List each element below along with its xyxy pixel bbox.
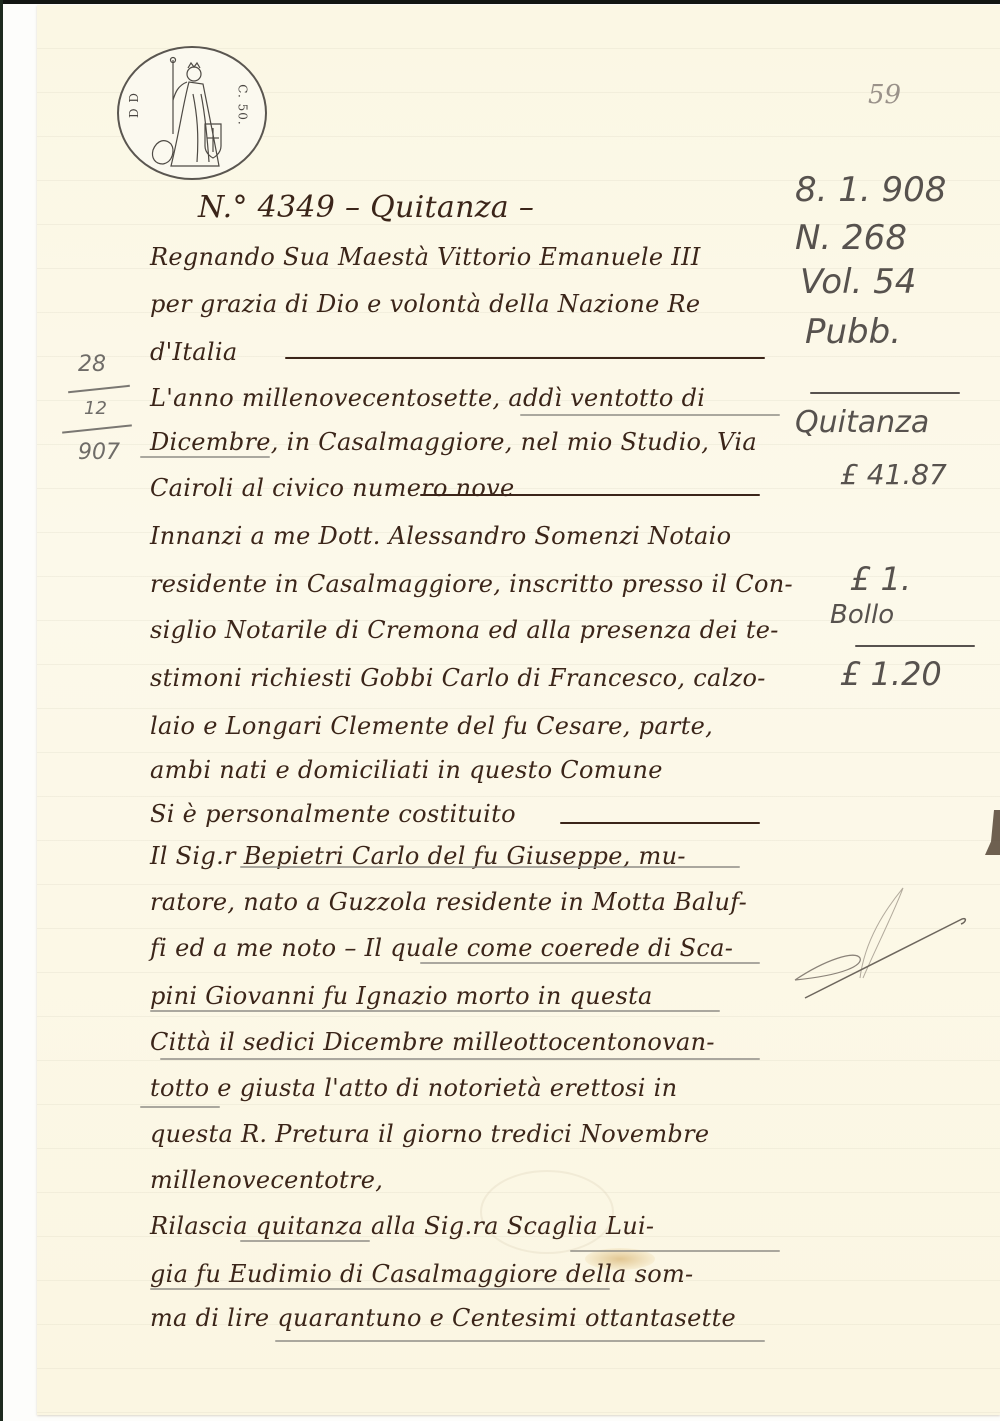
pencil-underline [520,414,780,416]
scan-border-left [0,0,3,1421]
margin-doc-type: Quitanza [795,405,929,440]
margin-publication: Pubb. [805,312,901,352]
margin-tax: £ 1. [850,560,911,598]
margin-date-year: 907 [78,440,120,465]
stamp-right-text: C. 50. [235,84,249,125]
pencil-underline [420,962,760,964]
body-line-7: Innanzi a me Dott. Alessandro Somenzi No… [150,522,731,550]
pencil-underline [140,1106,220,1108]
margin-amount: £ 41.87 [840,458,947,491]
document-title: N.° 4349 – Quitanza – [198,190,534,225]
pencil-underline [140,456,270,458]
body-line-11: laio e Longari Clemente del fu Cesare, p… [150,712,713,740]
filler-line [285,357,765,359]
margin-rule [855,645,975,647]
margin-registration-date: 8. 1. 908 [795,170,946,210]
body-line-23: gia fu Eudimio di Casalmaggiore della so… [150,1260,693,1288]
margin-total: £ 1.20 [840,655,942,693]
body-line-15: ratore, nato a Guzzola residente in Mott… [150,888,747,916]
notary-signature-mark [785,880,985,1020]
margin-rule [810,392,960,394]
body-line-16: fi ed a me noto – Il quale come coerede … [150,934,733,962]
pencil-underline [275,1340,765,1342]
scan-border-top [0,0,1000,4]
margin-volume: Vol. 54 [800,262,916,302]
body-line-21: millenovecentotre, [150,1166,383,1194]
body-line-24: ma di lire quarantuno e Centesimi ottant… [150,1304,736,1332]
pencil-underline [570,1250,780,1252]
pencil-underline [150,1288,610,1290]
pencil-underline [160,1058,760,1060]
pencil-underline [240,866,740,868]
body-line-9: siglio Notarile di Cremona ed alla prese… [150,616,779,644]
body-line-4: L'anno millenovecentosette, addì ventott… [150,384,705,412]
body-line-2: per grazia di Dio e volontà della Nazion… [150,290,700,318]
body-line-10: stimoni richiesti Gobbi Carlo di Frances… [150,664,766,692]
filler-line [420,494,760,496]
margin-date-day: 28 [78,352,106,377]
margin-date-month: 12 [84,398,107,419]
body-line-22: Rilascia quitanza alla Sig.ra Scaglia Lu… [150,1212,654,1240]
revenue-stamp: D D C. 50. [117,46,267,180]
body-line-5: Dicembre, in Casalmaggiore, nel mio Stud… [150,428,757,456]
body-line-19: totto e giusta l'atto di notorietà erett… [150,1074,677,1102]
body-line-17: pini Giovanni fu Ignazio morto in questa [150,982,653,1010]
italia-turrita-stamp-icon [149,54,235,172]
body-line-20: questa R. Pretura il giorno tredici Nove… [150,1120,709,1148]
pencil-underline [150,1010,720,1012]
margin-stamp-duty: Bollo [830,600,894,630]
body-line-13: Si è personalmente costituito [150,800,516,828]
margin-registration-number: N. 268 [795,218,907,258]
page-number: 59 [868,80,901,110]
body-line-3: d'Italia [150,338,237,366]
body-line-8: residente in Casalmaggiore, inscritto pr… [150,570,793,598]
stamp-left-text: D D [127,92,141,118]
pencil-underline [240,1240,370,1242]
body-line-6: Cairoli al civico numero nove [150,474,515,502]
filler-line [560,822,760,824]
body-line-18: Città il sedici Dicembre milleottocenton… [150,1028,715,1056]
body-line-12: ambi nati e domiciliati in questo Comune [150,756,663,784]
body-line-1: Regnando Sua Maestà Vittorio Emanuele II… [150,243,701,271]
